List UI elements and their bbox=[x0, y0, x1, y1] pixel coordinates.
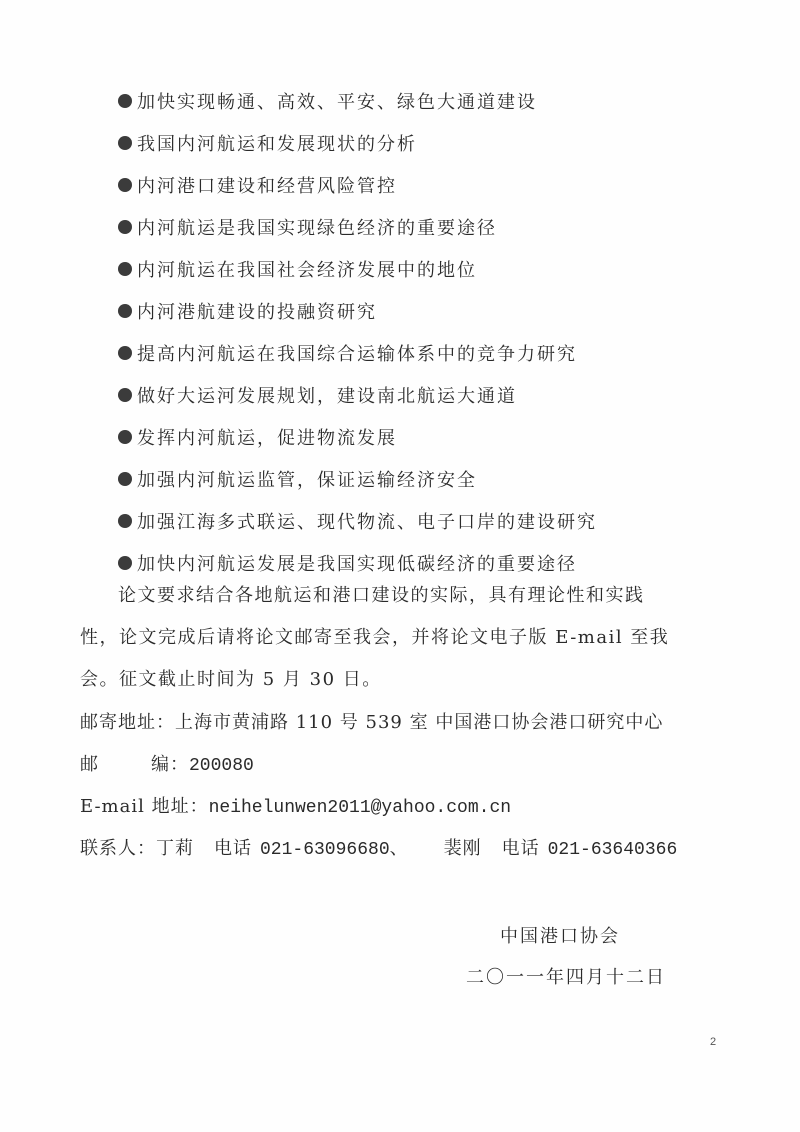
topic-text: 我国内河航运和发展现状的分析 bbox=[137, 130, 417, 156]
topic-text: 发挥内河航运，促进物流发展 bbox=[137, 424, 397, 450]
document-page: 加快实现畅通、高效、平安、绿色大通道建设 我国内河航运和发展现状的分析 内河港口… bbox=[0, 0, 800, 1132]
topic-item: 加强江海多式联运、现代物流、电子口岸的建设研究 bbox=[118, 500, 597, 542]
contacts-label: 联系人： bbox=[80, 838, 156, 859]
contact-name: 裴刚 bbox=[444, 838, 482, 859]
topic-text: 加快实现畅通、高效、平安、绿色大通道建设 bbox=[137, 88, 537, 114]
topic-item: 加快实现畅通、高效、平安、绿色大通道建设 bbox=[118, 80, 597, 122]
topic-text: 内河航运是我国实现绿色经济的重要途径 bbox=[137, 214, 497, 240]
bullet-icon bbox=[118, 94, 132, 108]
topic-item: 内河港口建设和经营风险管控 bbox=[118, 164, 597, 206]
bullet-icon bbox=[118, 220, 132, 234]
topic-item: 发挥内河航运，促进物流发展 bbox=[118, 416, 597, 458]
requirements-line: 论文要求结合各地航运和港口建设的实际，具有理论性和实践 bbox=[80, 575, 740, 617]
topic-text: 内河港航建设的投融资研究 bbox=[137, 298, 377, 324]
requirements-line: 性，论文完成后请将论文邮寄至我会，并将论文电子版 E-mail 至我 bbox=[80, 617, 740, 659]
phone-label: 电话 bbox=[214, 838, 252, 859]
bullet-icon bbox=[118, 262, 132, 276]
bullet-icon bbox=[118, 304, 132, 318]
topic-text: 提高内河航运在我国综合运输体系中的竞争力研究 bbox=[137, 340, 577, 366]
topic-item: 做好大运河发展规划，建设南北航运大通道 bbox=[118, 374, 597, 416]
postcode-row: 邮编：200080 bbox=[80, 744, 677, 786]
email-value[interactable]: neihelunwen2011@yahoo.com.cn bbox=[209, 798, 511, 818]
topic-text: 加强江海多式联运、现代物流、电子口岸的建设研究 bbox=[137, 508, 597, 534]
requirements-paragraph: 论文要求结合各地航运和港口建设的实际，具有理论性和实践 性，论文完成后请将论文邮… bbox=[80, 575, 740, 701]
topic-text: 加强内河航运监管，保证运输经济安全 bbox=[137, 466, 477, 492]
address-label: 邮寄地址： bbox=[80, 712, 175, 733]
topic-text: 内河港口建设和经营风险管控 bbox=[137, 172, 397, 198]
phone-number: 021-63640366 bbox=[548, 840, 678, 860]
signature-organization: 中国港口协会 bbox=[500, 922, 620, 948]
requirements-line: 会。征文截止时间为 5 月 30 日。 bbox=[80, 659, 740, 701]
contact-name: 丁莉 bbox=[156, 838, 194, 859]
bullet-icon bbox=[118, 136, 132, 150]
phone-number: 021-63096680、 bbox=[260, 840, 408, 860]
email-label: E-mail 地址： bbox=[80, 796, 209, 817]
topic-item: 提高内河航运在我国综合运输体系中的竞争力研究 bbox=[118, 332, 597, 374]
topic-item: 内河航运是我国实现绿色经济的重要途径 bbox=[118, 206, 597, 248]
contacts-row: 联系人：丁莉电话021-63096680、裴刚电话021-63640366 bbox=[80, 828, 677, 870]
bullet-icon bbox=[118, 472, 132, 486]
topic-item: 我国内河航运和发展现状的分析 bbox=[118, 122, 597, 164]
topic-text: 做好大运河发展规划，建设南北航运大通道 bbox=[137, 382, 517, 408]
topic-item: 内河航运在我国社会经济发展中的地位 bbox=[118, 248, 597, 290]
address-row: 邮寄地址：上海市黄浦路 110 号 539 室 中国港口协会港口研究中心 bbox=[80, 702, 677, 744]
bullet-icon bbox=[118, 388, 132, 402]
signature-date: 二〇一一年四月十二日 bbox=[466, 963, 666, 989]
postcode-label: 编： bbox=[151, 754, 189, 775]
page-number: 2 bbox=[710, 1036, 716, 1048]
postcode-label: 邮 bbox=[80, 754, 99, 775]
topic-text: 内河航运在我国社会经济发展中的地位 bbox=[137, 256, 477, 282]
topic-text: 加快内河航运发展是我国实现低碳经济的重要途径 bbox=[137, 550, 577, 576]
topic-item: 加强内河航运监管，保证运输经济安全 bbox=[118, 458, 597, 500]
bullet-icon bbox=[118, 346, 132, 360]
email-row: E-mail 地址：neihelunwen2011@yahoo.com.cn bbox=[80, 786, 677, 828]
phone-label: 电话 bbox=[502, 838, 540, 859]
topic-item: 内河港航建设的投融资研究 bbox=[118, 290, 597, 332]
bullet-icon bbox=[118, 430, 132, 444]
bullet-icon bbox=[118, 556, 132, 570]
address-value: 上海市黄浦路 110 号 539 室 中国港口协会港口研究中心 bbox=[175, 712, 663, 733]
postcode-value: 200080 bbox=[189, 756, 254, 776]
topic-list: 加快实现畅通、高效、平安、绿色大通道建设 我国内河航运和发展现状的分析 内河港口… bbox=[118, 80, 597, 584]
bullet-icon bbox=[118, 514, 132, 528]
bullet-icon bbox=[118, 178, 132, 192]
contact-block: 邮寄地址：上海市黄浦路 110 号 539 室 中国港口协会港口研究中心 邮编：… bbox=[80, 702, 677, 870]
